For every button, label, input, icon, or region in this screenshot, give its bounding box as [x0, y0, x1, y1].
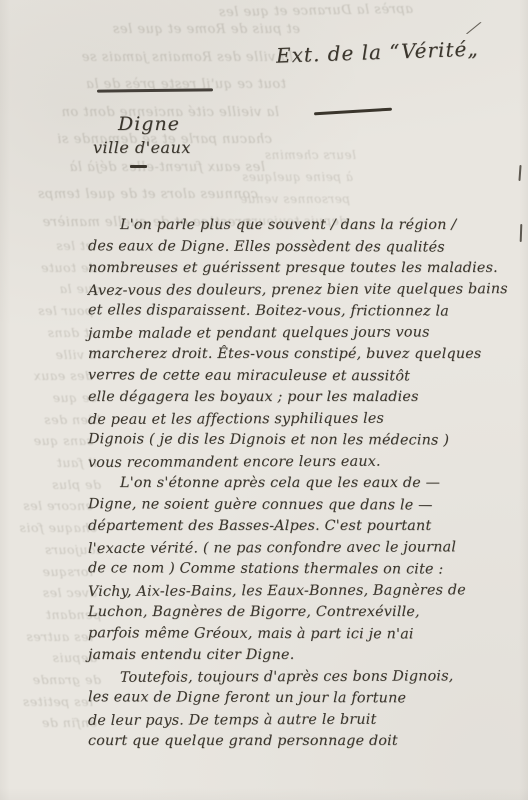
bleedthrough-line: chaque fois: [5, 520, 97, 535]
manuscript-line: Toutefois, toujours d'après ces bons Dig…: [88, 666, 516, 689]
bleedthrough-line: ce que: [5, 390, 97, 405]
manuscript-line: L'on s'étonne après cela que les eaux de…: [88, 473, 516, 495]
manuscript-body: L'on parle plus que souvent / dans la ré…: [88, 215, 516, 753]
manuscript-line: Avez-vous des douleurs, prenez bien vite…: [88, 279, 516, 302]
manuscript-line: Dignois ( je dis les Dignois et non les …: [88, 429, 516, 452]
manuscript-line: et elles disparaissent. Boitez-vous, fri…: [88, 300, 516, 323]
manuscript-line: de ce nom ) Comme stations thermales on …: [88, 558, 516, 581]
manuscript-line: de leur pays. De temps à autre le bruit: [88, 709, 516, 732]
manuscript-line: Vichy, Aix-les-Bains, les Eaux-Bonnes, B…: [88, 580, 516, 603]
bleedthrough-line: à peine quelques: [243, 170, 353, 184]
bleedthrough-line: des eaux: [1, 368, 93, 383]
manuscript-line: elle dégagera les boyaux ; pour les mala…: [88, 387, 516, 409]
heading-dash: [130, 165, 147, 168]
manuscript-line: de peau et les affections syphiliques le…: [88, 408, 516, 431]
bleedthrough-line: sans que: [1, 433, 93, 448]
manuscript-line: les eaux de Digne feront un jour la fort…: [88, 687, 516, 710]
manuscript-line: parfois même Gréoux, mais à part ici je …: [88, 623, 516, 646]
margin-tick: [518, 165, 521, 181]
manuscript-line: vous recommandent encore leurs eaux.: [88, 451, 516, 474]
heading-digne: Digne: [118, 113, 191, 135]
bleedthrough-line: encore les: [1, 498, 93, 513]
bleedthrough-line: et les: [1, 238, 93, 253]
bleedthrough-line: les autres: [1, 629, 93, 644]
manuscript-line: Luchon, Bagnères de Bigorre, Contrexévil…: [88, 602, 516, 624]
margin-tick: [520, 224, 523, 242]
manuscript-line: nombreuses et guérissent presque toutes …: [88, 258, 516, 280]
manuscript-line: l'exacte vérité. ( ne pas confondre avec…: [88, 537, 516, 560]
page-title: Ext. de la “Vérité„: [276, 36, 487, 67]
heading-rule: [97, 88, 213, 92]
bleedthrough-line: pour les: [1, 303, 93, 318]
manuscript-line: verres de cette eau miraculeuse et aussi…: [88, 365, 516, 388]
bleedthrough-line: il faut: [5, 455, 97, 470]
manuscript-line: jambe malade et pendant quelques jours v…: [88, 322, 516, 345]
bleedthrough-line: après la Durance et que les: [168, 2, 413, 21]
manuscript-line: L'on parle plus que souvent / dans la ré…: [88, 215, 516, 237]
section-heading: Digne ville d'eaux: [90, 113, 191, 168]
heading-ville-deaux: ville d'eaux: [93, 138, 191, 157]
bleedthrough-line: enfin de: [5, 715, 97, 730]
manuscript-line: département des Basses-Alpes. C'est pour…: [88, 516, 516, 538]
bleedthrough-line: depuis: [5, 650, 97, 665]
bleedthrough-line: leurs chemins: [246, 148, 356, 162]
bleedthrough-line: les petites: [1, 694, 93, 709]
bleedthrough-line: connues alors et de quel temps: [16, 187, 258, 202]
bleedthrough-line: et dans: [5, 325, 97, 340]
bleedthrough-line: et puis de Rome et que les: [58, 22, 300, 37]
bleedthrough-line: avec les: [5, 585, 97, 600]
bleedthrough-line: lorsque: [1, 564, 93, 579]
bleedthrough-line: la ville des Romains jamais se: [51, 50, 293, 65]
manuscript-line: court que quelque grand personnage doit: [88, 731, 516, 753]
manuscript-line: jamais entendu citer Digne.: [88, 645, 516, 667]
title-underline: [314, 108, 392, 116]
manuscript-page: après la Durance et que les et puis de R…: [0, 0, 528, 800]
bleedthrough-line: personnes venues: [240, 192, 350, 206]
bleedthrough-line: de toute: [5, 260, 97, 275]
manuscript-line: Digne, ne soient guère connues que dans …: [88, 494, 516, 517]
manuscript-line: des eaux de Digne. Elles possèdent des q…: [88, 236, 516, 259]
manuscript-line: marcherez droit. Êtes-vous constipé, buv…: [88, 344, 516, 366]
